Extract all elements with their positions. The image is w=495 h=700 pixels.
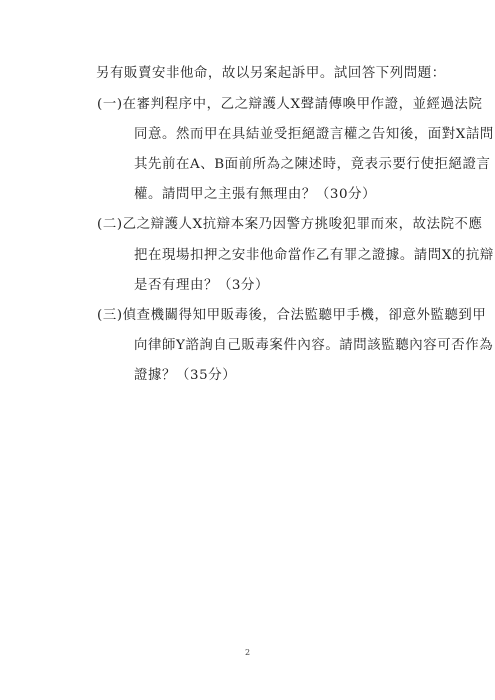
question-1-line-3: 其先前在A、B面前所為之陳述時，竟表示要行使拒絕證言 [134, 157, 490, 173]
question-1-line-4: 權。請問甲之主張有無理由？（30分） [134, 187, 376, 203]
question-3-line-3: 證據？（35分） [134, 368, 236, 384]
question-3-line-2: 向律師Y諮詢自己販毒案件內容。請問該監聽內容可否作為 [134, 338, 493, 354]
question-2-line-1: (二)乙之辯護人X抗辯本案乃因警方挑唆犯罪而來，故法院不應 [97, 217, 483, 233]
question-2-line-3: 是否有理由？（3分） [134, 278, 269, 294]
page-number: 2 [0, 648, 495, 657]
question-1-line-2: 同意。然而甲在具結並受拒絕證言權之告知後，面對X詰問 [134, 127, 494, 143]
document-page: 另有販賣安非他命，故以另案起訴甲。試回答下列問題： (一)在審判程序中，乙之辯護… [0, 0, 495, 700]
question-1-line-1: (一)在審判程序中，乙之辯護人X聲請傳喚甲作證，並經過法院 [97, 97, 483, 113]
question-3-line-1: (三)偵查機關得知甲販毒後，合法監聽甲手機，卻意外監聽到甲 [97, 308, 486, 324]
intro-line: 另有販賣安非他命，故以另案起訴甲。試回答下列問題： [96, 66, 446, 82]
question-2-line-2: 把在現場扣押之安非他命當作乙有罪之證據。請問X的抗辯 [134, 248, 494, 264]
